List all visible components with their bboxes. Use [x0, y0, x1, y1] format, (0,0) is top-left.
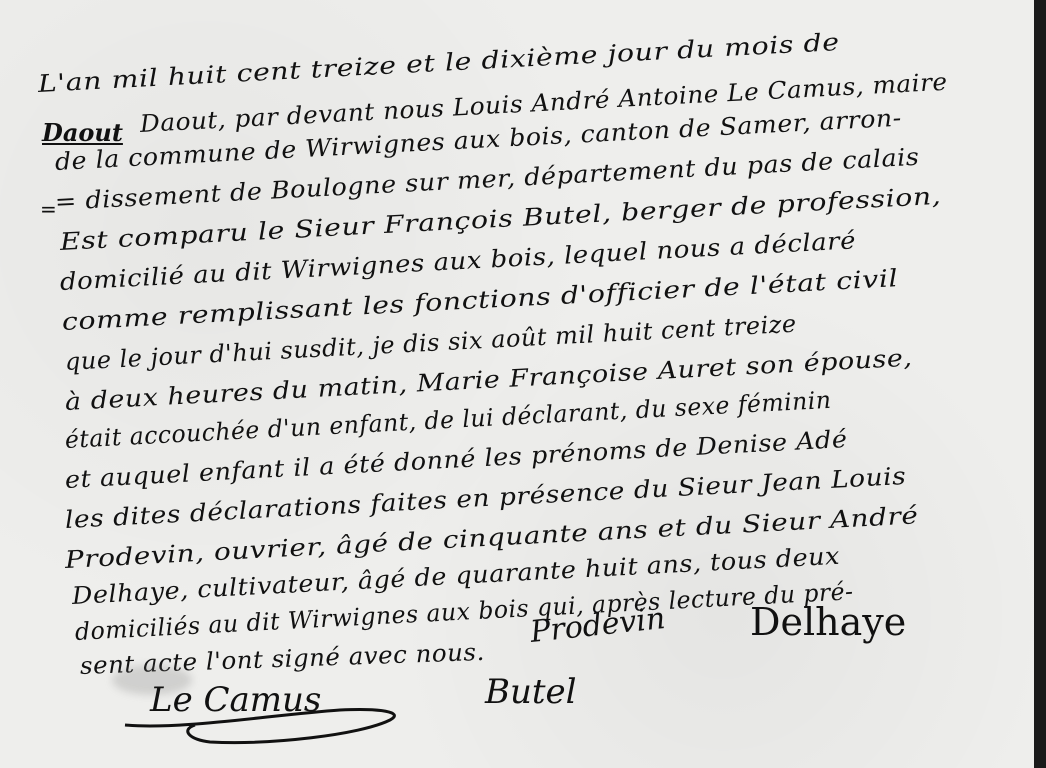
margin-note: Daout	[42, 118, 123, 147]
page-edge	[1034, 0, 1046, 768]
signature-witness-delhaye: Delhaye	[750, 600, 906, 644]
signature-declarant-butel: Butel	[485, 672, 577, 712]
document-page: Daout = L'an mil huit cent treize et le …	[0, 0, 1034, 768]
signature-flourish-icon	[120, 690, 420, 750]
